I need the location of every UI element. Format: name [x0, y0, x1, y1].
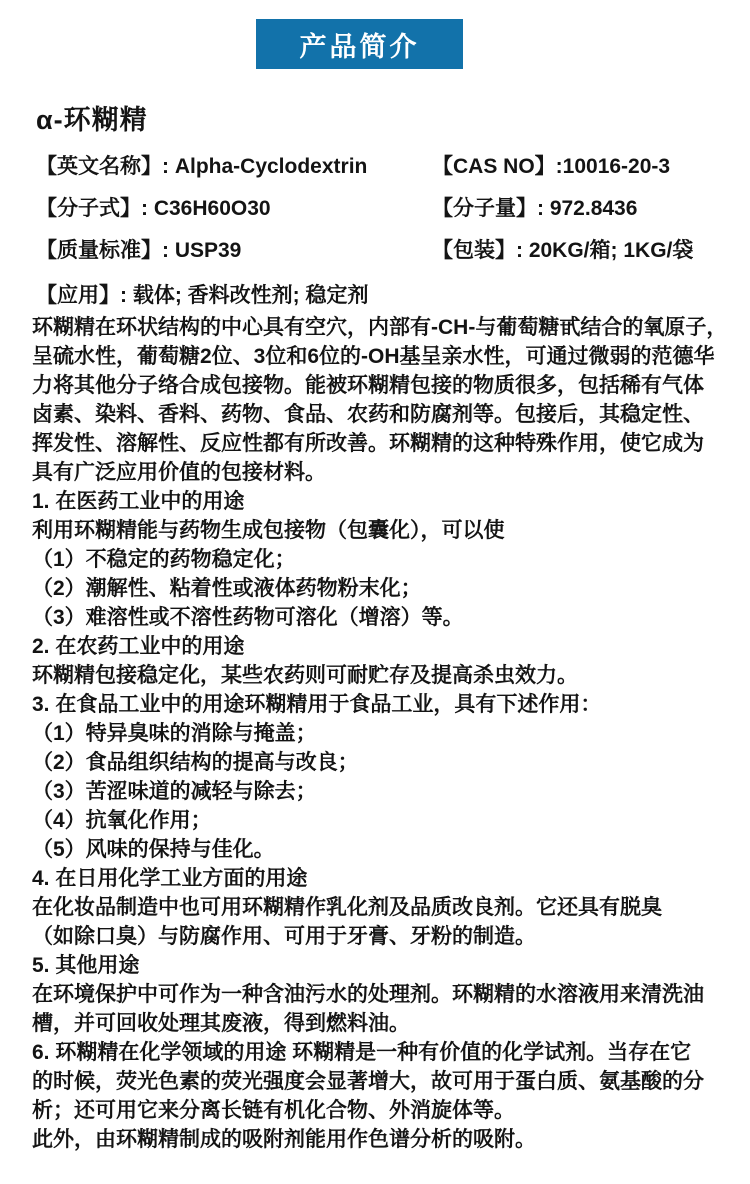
description-line: 在化妆品制造中也可用环糊精作乳化剂及品质改良剂。它还具有脱臭 — [32, 893, 738, 922]
description-line: 呈硫水性，葡萄糖2位、3位和6位的-OH基呈亲水性，可通过微弱的范德华 — [32, 342, 738, 371]
product-title: α-环糊精 — [36, 98, 148, 137]
spec-left-field: 【质量标准】: USP39 — [36, 234, 432, 264]
description-line: 具有广泛应用价值的包接材料。 — [32, 458, 738, 487]
description-line: （3）苦涩味道的减轻与除去； — [32, 777, 738, 806]
spec-right-field: 【包装】: 20KG/箱; 1KG/袋 — [432, 234, 728, 264]
description-line: 析；还可用它来分离长链有机化合物、外消旋体等。 — [32, 1096, 738, 1125]
spec-table: 【英文名称】: Alpha-Cyclodextrin 【CAS NO】:1001… — [36, 150, 728, 276]
description-line: 环糊精包接稳定化，某些农药则可耐贮存及提高杀虫效力。 — [32, 661, 738, 690]
description-line: （3）难溶性或不溶性药物可溶化（增溶）等。 — [32, 603, 738, 632]
description-line: （1）特异臭味的消除与掩盖； — [32, 719, 738, 748]
application-field: 【应用】: 载体; 香料改性剂; 稳定剂 — [36, 279, 368, 309]
description-line: （1）不稳定的药物稳定化； — [32, 545, 738, 574]
description-line: 3. 在食品工业中的用途环糊精用于食品工业，具有下述作用： — [32, 690, 738, 719]
section-header-banner: 产品简介 — [256, 19, 463, 69]
description-line: （5）风味的保持与佳化。 — [32, 835, 738, 864]
description-text: 环糊精在环状结构的中心具有空穴，内部有-CH-与葡萄糖甙结合的氧原子， 呈硫水性… — [32, 313, 738, 1154]
description-line: 环糊精在环状结构的中心具有空穴，内部有-CH-与葡萄糖甙结合的氧原子， — [32, 313, 738, 342]
description-line: （2）潮解性、粘着性或液体药物粉末化； — [32, 574, 738, 603]
spec-row: 【分子式】: C36H60O30 【分子量】: 972.8436 — [36, 192, 728, 234]
description-line: 1. 在医药工业中的用途 — [32, 487, 738, 516]
section-header-label: 产品简介 — [300, 25, 420, 64]
description-line: 的时候，荧光色素的荧光强度会显著增大，故可用于蛋白质、氨基酸的分 — [32, 1067, 738, 1096]
spec-right-field: 【CAS NO】:10016-20-3 — [432, 150, 728, 180]
description-line: 挥发性、溶解性、反应性都有所改善。环糊精的这种特殊作用，使它成为 — [32, 429, 738, 458]
description-line: 槽，并可回收处理其废液，得到燃料油。 — [32, 1009, 738, 1038]
description-line: 在环境保护中可作为一种含油污水的处理剂。环糊精的水溶液用来清洗油 — [32, 980, 738, 1009]
spec-right-field: 【分子量】: 972.8436 — [432, 192, 728, 222]
product-intro-page: 产品简介 α-环糊精 【英文名称】: Alpha-Cyclodextrin 【C… — [0, 0, 750, 1184]
spec-row: 【英文名称】: Alpha-Cyclodextrin 【CAS NO】:1001… — [36, 150, 728, 192]
description-line: 卤素、染料、香料、药物、食品、农药和防腐剂等。包接后，其稳定性、 — [32, 400, 738, 429]
description-line: 5. 其他用途 — [32, 951, 738, 980]
description-line: 4. 在日用化学工业方面的用途 — [32, 864, 738, 893]
description-line: （2）食品组织结构的提高与改良； — [32, 748, 738, 777]
description-line: （4）抗氧化作用； — [32, 806, 738, 835]
description-line: 此外，由环糊精制成的吸附剂能用作色谱分析的吸附。 — [32, 1125, 738, 1154]
spec-left-field: 【分子式】: C36H60O30 — [36, 192, 432, 222]
spec-row: 【质量标准】: USP39 【包装】: 20KG/箱; 1KG/袋 — [36, 234, 728, 276]
description-line: 利用环糊精能与药物生成包接物（包囊化），可以使 — [32, 516, 738, 545]
spec-left-field: 【英文名称】: Alpha-Cyclodextrin — [36, 150, 432, 180]
description-line: 6. 环糊精在化学领域的用途 环糊精是一种有价值的化学试剂。当存在它 — [32, 1038, 738, 1067]
description-line: 力将其他分子络合成包接物。能被环糊精包接的物质很多，包括稀有气体 — [32, 371, 738, 400]
description-line: 2. 在农药工业中的用途 — [32, 632, 738, 661]
description-line: （如除口臭）与防腐作用、可用于牙膏、牙粉的制造。 — [32, 922, 738, 951]
